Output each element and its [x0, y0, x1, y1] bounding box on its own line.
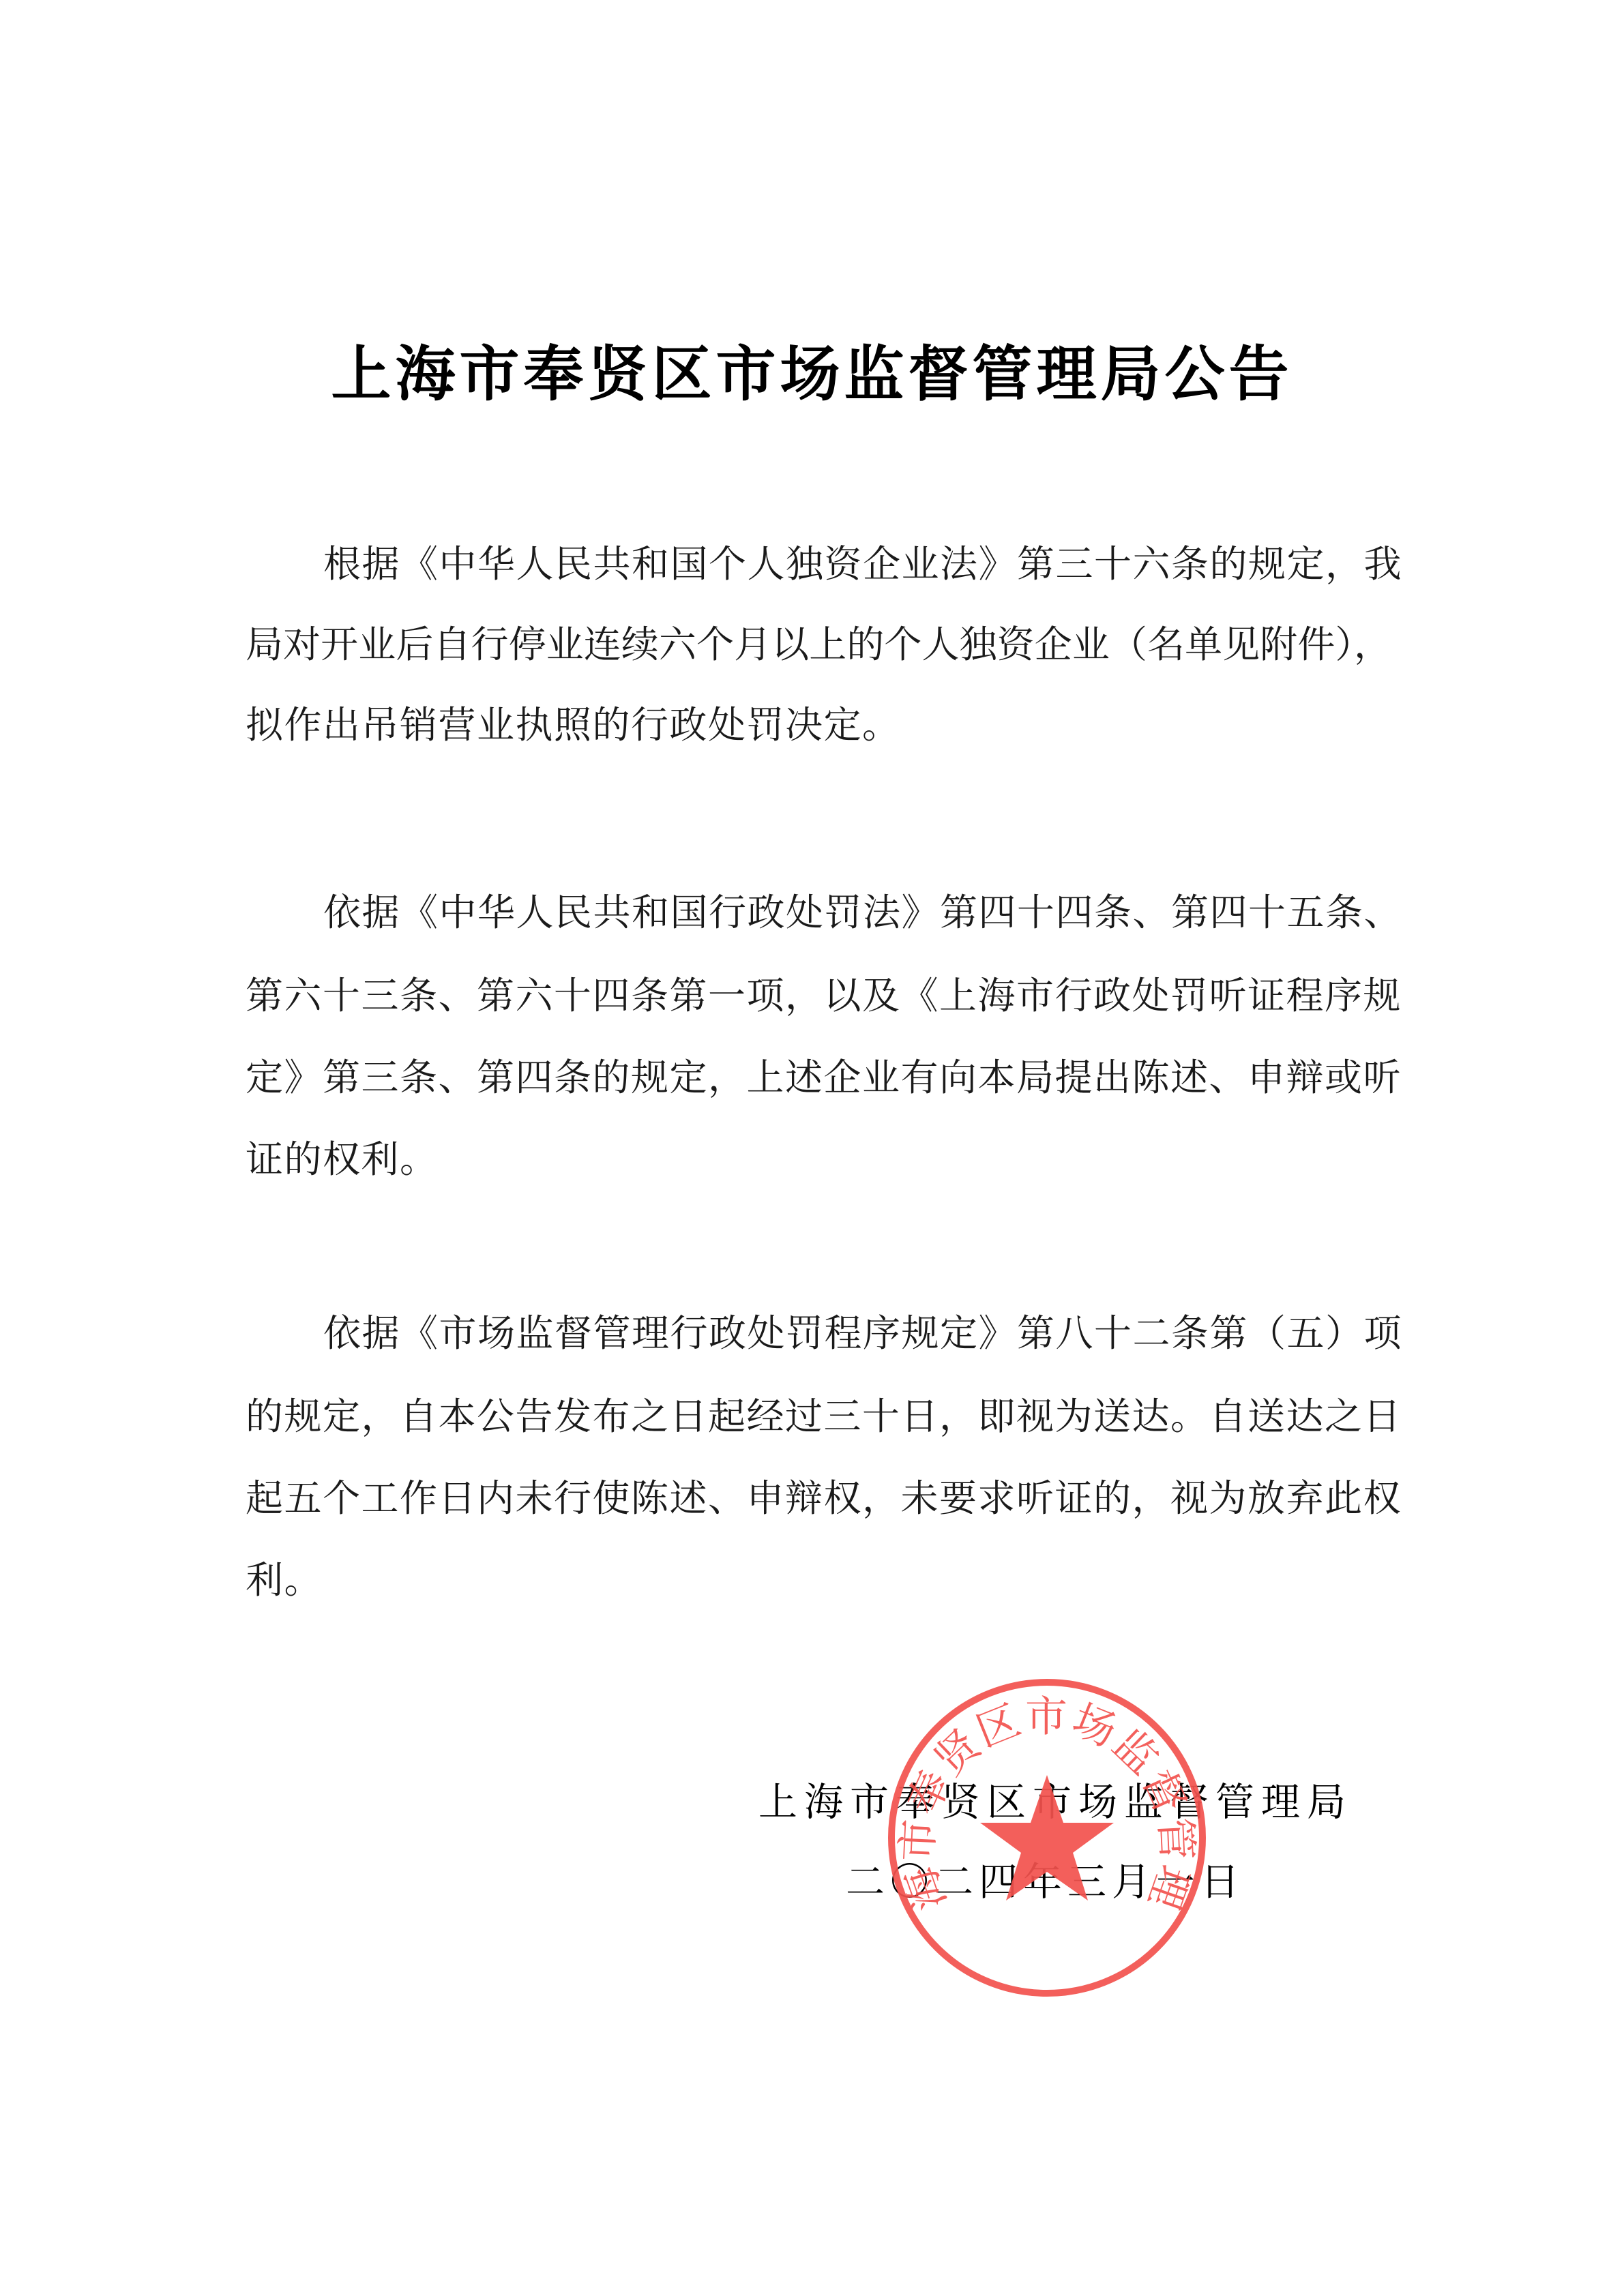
paragraph-line: 利。 [246, 1556, 1391, 1604]
document-title: 上海市奉贤区市场监督管理局公告 [0, 333, 1624, 415]
signature-organization: 上海市奉贤区市场监督管理局 [758, 1778, 1353, 1826]
paragraph-line: 定》第三条、第四条的规定，上述企业有向本局提出陈述、申辩或听 [246, 1054, 1391, 1101]
document-page: 上海市奉贤区市场监督管理局公告 根据《中华人民共和国个人独资企业法》第三十六条的… [0, 0, 1624, 2296]
paragraph-line: 依据《市场监督管理行政处罚程序规定》第八十二条第（五）项 [323, 1309, 1391, 1357]
paragraph-line: 起五个工作日内未行使陈述、申辩权，未要求听证的，视为放弃此权 [246, 1474, 1391, 1522]
signature-date: 二〇二四年三月一日 [846, 1858, 1245, 1906]
paragraph-line: 根据《中华人民共和国个人独资企业法》第三十六条的规定，我 [323, 540, 1391, 588]
official-seal: 上海市奉贤区市场监督管理局 [883, 1674, 1211, 2001]
paragraph-line: 证的权利。 [246, 1135, 1391, 1183]
paragraph-line: 依据《中华人民共和国行政处罚法》第四十四条、第四十五条、 [323, 889, 1391, 936]
paragraph-line: 第六十三条、第六十四条第一项，以及《上海市行政处罚听证程序规 [246, 972, 1391, 1019]
paragraph-line: 局对开业后自行停业连续六个月以上的个人独资企业（名单见附件）， [246, 621, 1391, 668]
paragraph-line: 的规定，自本公告发布之日起经过三十日，即视为送达。自送达之日 [246, 1392, 1391, 1440]
paragraph-line: 拟作出吊销营业执照的行政处罚决定。 [246, 701, 1391, 749]
